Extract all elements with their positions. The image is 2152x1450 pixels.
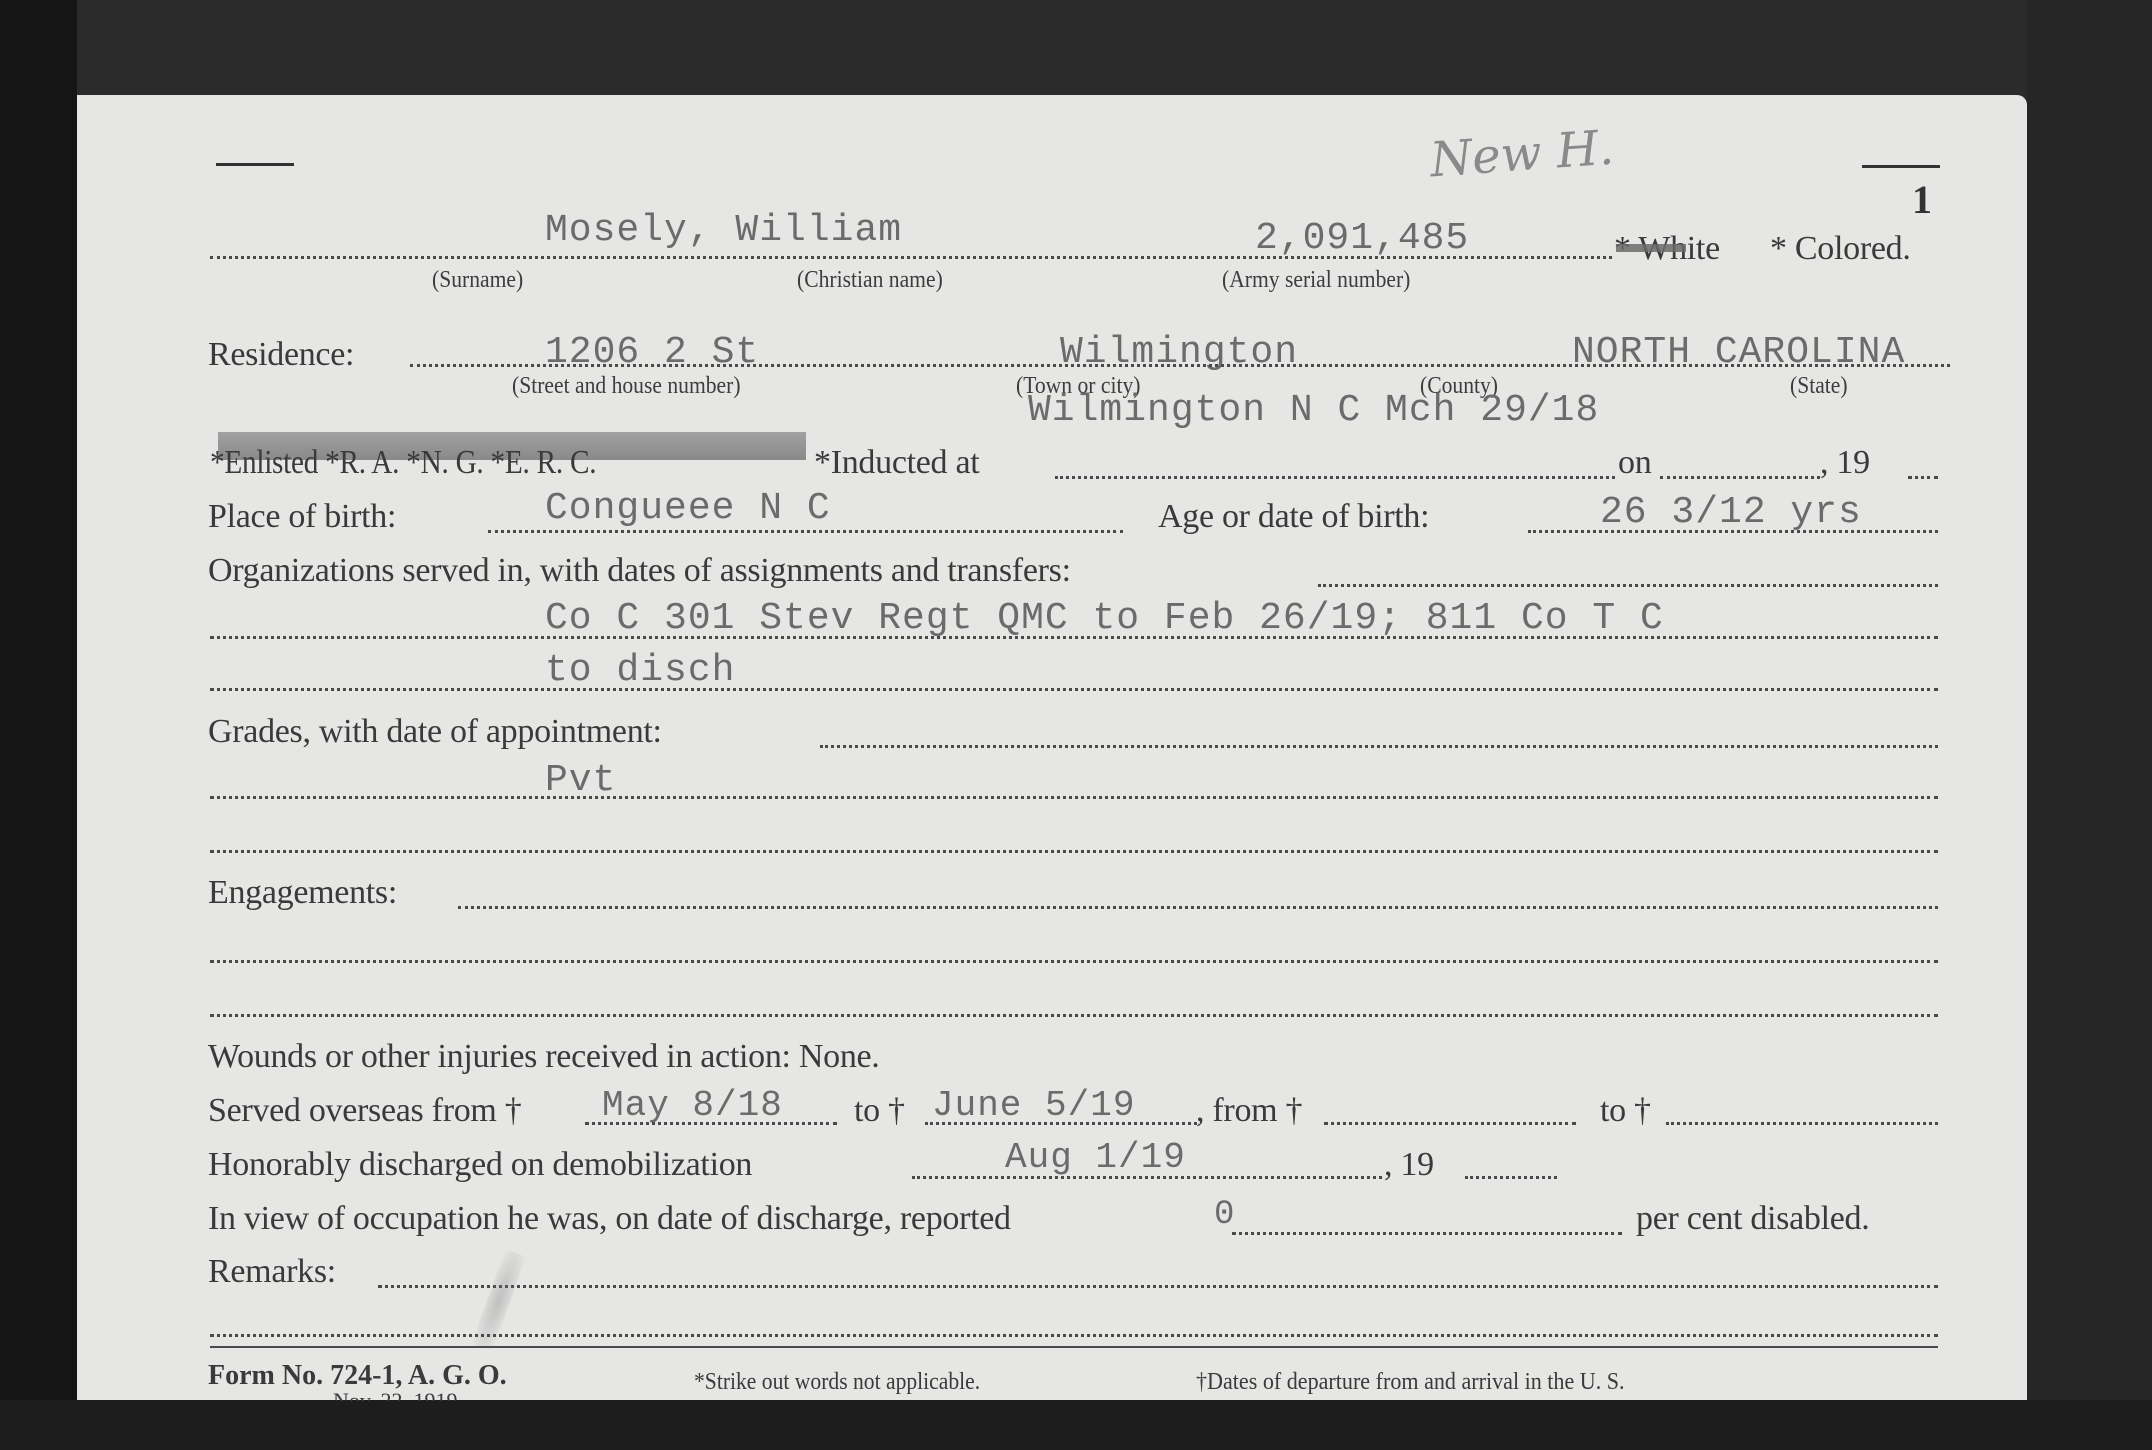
age-label: Age or date of birth: — [1158, 500, 1429, 534]
overseas-to-label: to † — [854, 1094, 905, 1128]
overseas-from2-label: , from † — [1196, 1094, 1302, 1128]
engagements-label: Engagements: — [208, 876, 397, 910]
inducted-year-label: , 19 — [1820, 446, 1870, 480]
engagements-line-1-underline — [210, 960, 1938, 963]
discharge-year-label: , 19 — [1384, 1148, 1434, 1182]
place-of-birth-label: Place of birth: — [208, 500, 396, 534]
overseas-to-underline — [925, 1122, 1197, 1125]
overseas-to-value: June 5/19 — [932, 1088, 1135, 1124]
inducted-at-underline — [1055, 476, 1615, 479]
disability-suffix: per cent disabled. — [1636, 1202, 1869, 1236]
strike-out-note: *Strike out words not applicable. — [694, 1370, 980, 1394]
remarks-label: Remarks: — [208, 1255, 336, 1289]
wounds-label: Wounds or other injuries received in act… — [208, 1040, 880, 1074]
surname-label: (Surname) — [432, 268, 523, 292]
engagements-underline — [458, 906, 1938, 909]
organizations-label: Organizations served in, with dates of a… — [208, 554, 1071, 588]
grades-line-2-underline — [210, 850, 1938, 853]
age-underline — [1528, 530, 1938, 533]
street-label: (Street and house number) — [512, 374, 741, 398]
residence-label: Residence: — [208, 338, 354, 372]
grades-label: Grades, with date of appointment: — [208, 715, 662, 749]
disability-label: In view of occupation he was, on date of… — [208, 1202, 1011, 1236]
top-left-rule — [216, 163, 294, 166]
disability-underline — [1232, 1232, 1622, 1235]
overseas-from-underline — [585, 1122, 837, 1125]
grades-line-1-underline — [210, 796, 1938, 799]
organizations-line-2-underline — [210, 688, 1938, 691]
scan-background-left — [0, 0, 77, 1450]
disability-value: 0 — [1214, 1198, 1235, 1232]
form-number: Form No. 724-1, A. G. O. — [208, 1362, 507, 1390]
christian-name-label: (Christian name) — [797, 268, 943, 292]
discharge-year-underline — [1465, 1176, 1557, 1179]
organizations-line-1-underline — [210, 636, 1938, 639]
place-of-birth-value: Congueee N C — [545, 490, 831, 528]
place-of-birth-underline — [488, 530, 1123, 533]
remarks-underline — [378, 1285, 1938, 1288]
enlistment-options: *Enlisted *R. A. *N. G. *E. R. C. — [210, 446, 596, 480]
grades-underline — [820, 745, 1938, 748]
age-value: 26 3/12 yrs — [1600, 494, 1862, 532]
race-colored-option: * Colored. — [1770, 232, 1911, 266]
card-number: 1 — [1912, 180, 1932, 220]
discharge-date-value: Aug 1/19 — [1005, 1140, 1186, 1176]
discharge-label: Honorably discharged on demobilization — [208, 1148, 752, 1182]
organizations-line-2: to disch — [545, 652, 735, 690]
organizations-line-1: Co C 301 Stev Regt QMC to Feb 26/19; 811… — [545, 600, 1664, 638]
overseas-to2-underline — [1666, 1122, 1938, 1125]
serial-number-label: (Army serial number) — [1222, 268, 1410, 292]
inducted-on-label: on — [1618, 446, 1651, 480]
inducted-year-underline — [1908, 476, 1938, 479]
typed-name: Mosely, William — [545, 212, 902, 250]
state-label: (State) — [1790, 374, 1848, 398]
discharge-underline — [912, 1176, 1382, 1179]
engagements-line-2-underline — [210, 1014, 1938, 1017]
overseas-to2-label: to † — [1600, 1094, 1651, 1128]
dates-note: †Dates of departure from and arrival in … — [1196, 1370, 1625, 1394]
form-date: Nov. 22, 1919 — [333, 1390, 457, 1401]
overseas-from-label: Served overseas from † — [208, 1094, 521, 1128]
scan-background-right — [2027, 0, 2152, 1450]
overseas-from-value: May 8/18 — [602, 1088, 783, 1124]
top-right-rule — [1862, 165, 1940, 168]
residence-underline — [410, 364, 1950, 367]
remarks-line-1-underline — [210, 1334, 1938, 1337]
footer-rule — [210, 1346, 1938, 1348]
grades-value: Pvt — [545, 762, 616, 800]
inducted-at-label: *Inducted at — [814, 446, 979, 480]
handwritten-note: New H. — [1429, 124, 1616, 185]
inducted-on-underline — [1660, 476, 1820, 479]
typed-serial-number: 2,091,485 — [1255, 220, 1469, 258]
race-white-strikeout — [1616, 244, 1686, 252]
scan-background-bottom — [0, 1400, 2152, 1450]
name-underline — [210, 256, 1612, 259]
organizations-underline — [1318, 584, 1938, 587]
overseas-from2-underline — [1324, 1122, 1576, 1125]
induction-place-date: Wilmington N C Mch 29/18 — [1028, 392, 1599, 430]
